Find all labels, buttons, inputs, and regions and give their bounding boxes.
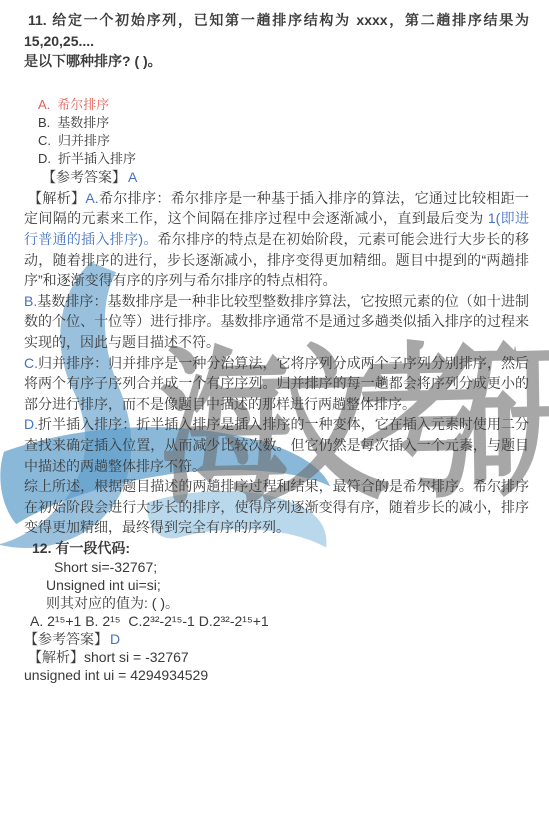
q11-analysis-summary: 综上所述，根据题目描述的两趟排序过程和结果，最符合的是希尔排序。希尔排序在初始阶… — [24, 476, 529, 538]
q11-option-a: A.希尔排序 — [38, 96, 529, 114]
q11-analysis-a: 【解析】A.希尔排序：希尔排序是一种基于插入排序的算法，它通过比较相距一定间隔的… — [24, 188, 529, 291]
q12-title: 12. 有一段代码: — [24, 538, 529, 559]
q11-option-d-text: 折半插入排序 — [58, 151, 136, 166]
q11-option-b-letter: B. — [38, 114, 50, 132]
q11-option-c-letter: C. — [38, 132, 51, 150]
q11-analysis-b: B.基数排序：基数排序是一种非比较型整数排序算法，它按照元素的位（如十进制数的个… — [24, 291, 529, 353]
q11-analysis-label: 【解析】 — [28, 190, 85, 206]
q11-option-a-text: 希尔排序 — [57, 97, 109, 112]
q12-analysis-line-2: unsigned int ui = 4294934529 — [24, 666, 529, 684]
q11-option-d: D.折半插入排序 — [38, 150, 529, 168]
q12-answer-line: 【参考答案】D — [24, 630, 529, 648]
q11-analysis-a-body: 希尔排序：希尔排序是一种基于插入排序的算法，它通过比较相距一定间隔的元素来工作，… — [24, 190, 529, 227]
q12-analysis-line-1: 【解析】short si = -32767 — [24, 648, 529, 666]
q12-analysis-text-1: short si = -32767 — [84, 649, 189, 665]
q12-code-line-1: Short si=-32767; — [24, 558, 529, 576]
q12-prompt: 则其对应的值为: ( )。 — [24, 594, 529, 612]
q11-option-d-letter: D. — [38, 150, 51, 168]
q11-stem-line1: 11. 给定一个初始序列，已知第一趟排序结构为 xxxx，第二趟排序结果为 15… — [24, 10, 529, 51]
q11-option-c: C.归并排序 — [38, 132, 529, 150]
q12-answer-label: 【参考答案】 — [24, 631, 108, 647]
q12-analysis-label: 【解析】 — [28, 649, 84, 665]
q12-code-line-2: Unsigned int ui=si; — [24, 576, 529, 594]
q11-analysis-c-lead: C. — [24, 355, 38, 371]
q11-option-b: B.基数排序 — [38, 114, 529, 132]
q11-analysis-c-body: 归并排序：归并排序是一种分治算法，它将序列分成两个子序列分别排序，然后将两个有序… — [24, 355, 529, 412]
q11-analysis-d: D.折半插入排序：折半插入排序是插入排序的一种变体，它在插入元素时使用二分查找来… — [24, 414, 529, 476]
document-page: 海文考研 11. 给定一个初始序列，已知第一趟排序结构为 xxxx，第二趟排序结… — [0, 0, 549, 827]
q12-answer-letter: D — [110, 631, 120, 647]
q11-option-c-text: 归并排序 — [58, 133, 110, 148]
q11-answer-line: 【参考答案】A — [24, 168, 529, 186]
q12-options-line: A. 2¹⁵+1 B. 2¹⁵ C.2³²-2¹⁵-1 D.2³²-2¹⁵+1 — [24, 612, 529, 630]
q11-options: A.希尔排序 B.基数排序 C.归并排序 D.折半插入排序 — [24, 96, 529, 168]
q11-analysis-d-body: 折半插入排序：折半插入排序是插入排序的一种变体，它在插入元素时使用二分查找来确定… — [24, 416, 529, 473]
q11-analysis-c: C.归并排序：归并排序是一种分治算法，它将序列分成两个子序列分别排序，然后将两个… — [24, 353, 529, 415]
q11-analysis-d-lead: D. — [24, 416, 38, 432]
q11-analysis-b-body: 基数排序：基数排序是一种非比较型整数排序算法，它按照元素的位（如十进制数的个位、… — [24, 293, 529, 350]
q11-answer-letter: A — [128, 169, 137, 185]
document-content: 11. 给定一个初始序列，已知第一趟排序结构为 xxxx，第二趟排序结果为 15… — [0, 0, 549, 827]
q11-stem-line2: 是以下哪种排序? ( )。 — [24, 51, 529, 72]
q11-analysis-a-lead: A. — [85, 190, 98, 206]
q11-option-a-letter: A. — [38, 96, 50, 114]
q11-option-b-text: 基数排序 — [57, 115, 109, 130]
q11-analysis-b-lead: B. — [24, 293, 37, 309]
q11-answer-label: 【参考答案】 — [42, 169, 126, 185]
